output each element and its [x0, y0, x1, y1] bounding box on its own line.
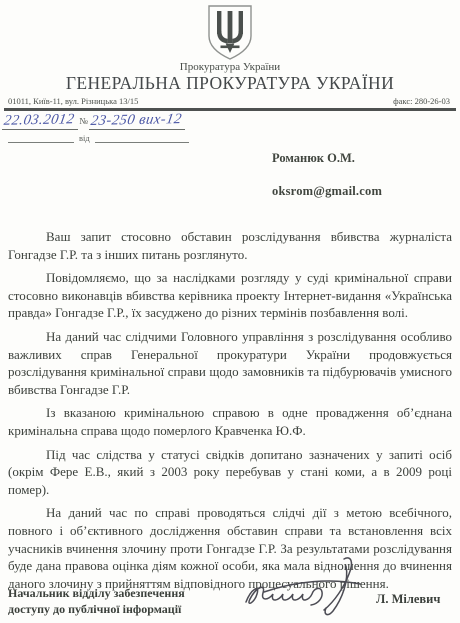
paragraph: Із вказаною кримінальною справою в одне … [8, 404, 452, 439]
vid-label: від [79, 133, 90, 143]
signer-title-line1: Начальник відділу забезпечення [8, 586, 185, 602]
paragraph: На даний час по справі проводяться слідч… [8, 504, 452, 592]
paragraph: Повідомляємо, що за наслідками розгляду … [8, 269, 452, 322]
incoming-reference-line: від [8, 133, 189, 143]
org-address: 01011, Київ-11, вул. Різницька 13/15 [8, 96, 138, 106]
paragraph: Під час слідства у статусі свідків допит… [8, 446, 452, 499]
number-sign: № [79, 116, 88, 126]
blank-line [8, 133, 74, 143]
handwritten-signature [238, 553, 383, 619]
signer-name: Л. Мілевич [376, 592, 440, 607]
blank-line [95, 133, 189, 143]
paragraph: Ваш запит стосовно обставин розслідуванн… [8, 228, 452, 263]
org-name-small: Прокуратура України [0, 61, 460, 73]
number-blank-line: 23-250 вих-12 [89, 112, 186, 130]
letterhead-contact-row: 01011, Київ-11, вул. Різницька 13/15 фак… [8, 96, 450, 106]
letter-body: Ваш запит стосовно обставин розслідуванн… [8, 228, 452, 598]
org-fax: факс: 280-26-03 [393, 96, 450, 106]
handwritten-date: 22.03.2012 [3, 111, 76, 129]
signer-title-line2: доступу до публічної інформації [8, 602, 185, 618]
reference-block: 22.03.2012№23-250 вих-12 від [2, 112, 189, 143]
paragraph: На даний час слідчими Головного управлін… [8, 328, 452, 398]
header-divider [4, 108, 456, 111]
recipient-email: oksrom@gmail.com [272, 184, 382, 199]
signer-title: Начальник відділу забезпечення доступу д… [8, 586, 185, 617]
org-name-main: ГЕНЕРАЛЬНА ПРОКУРАТУРА УКРАЇНИ [0, 73, 460, 94]
recipient-block: Романюк О.М. oksrom@gmail.com [272, 151, 382, 199]
recipient-name: Романюк О.М. [272, 151, 382, 166]
scanned-letter-page: Прокуратура України ГЕНЕРАЛЬНА ПРОКУРАТУ… [0, 0, 460, 623]
ukraine-tryzub-shield-icon [206, 4, 254, 61]
outgoing-number-line: 22.03.2012№23-250 вих-12 [2, 112, 189, 130]
date-blank-line: 22.03.2012 [2, 112, 78, 130]
handwritten-number: 23-250 вих-12 [89, 111, 182, 130]
